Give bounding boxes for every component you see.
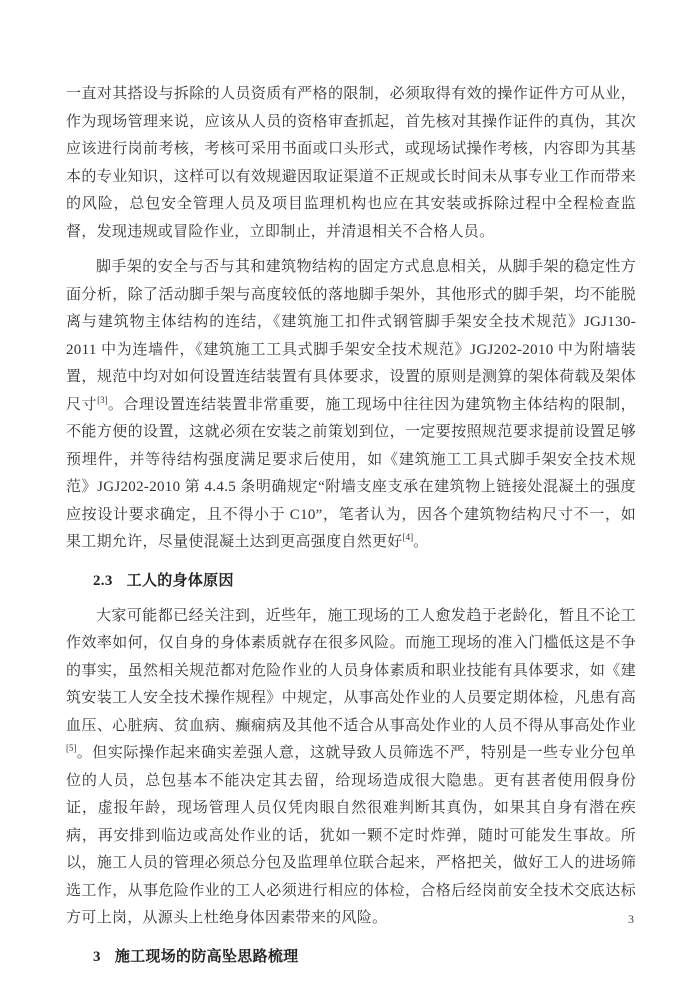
paragraph-scaffold-text-1: 脚手架的安全与否与其和建筑物结构的固定方式息息相关，从脚手架的稳定性方面分析，除… (66, 259, 636, 413)
paragraph-scaffold-text-3: 。 (413, 534, 428, 550)
document-page: 一直对其搭设与拆除的人员资质有严格的限制，必须取得有效的操作证件方可从业，作为现… (0, 0, 700, 990)
section-heading-2-3-number: 2.3 (93, 569, 113, 593)
paragraph-certification-text: 一直对其搭设与拆除的人员资质有严格的限制，必须取得有效的操作证件方可从业，作为现… (66, 86, 636, 240)
section-heading-2-3-title: 工人的身体原因 (127, 573, 234, 589)
section-heading-3: 3施工现场的防高坠思路梳理 (66, 945, 636, 969)
paragraph-worker-text-2: 。但实际操作起来确实差强人意，这就导致人员筛选不严，特别是一些专业分包单位的人员… (66, 745, 636, 926)
footnote-ref-4: [4] (403, 532, 414, 542)
page-body: 一直对其搭设与拆除的人员资质有严格的限制，必须取得有效的操作证件方可从业，作为现… (66, 81, 636, 979)
section-heading-2-3: 2.3工人的身体原因 (66, 569, 636, 593)
section-heading-3-title: 施工现场的防高坠思路梳理 (115, 949, 299, 965)
paragraph-scaffold-connection: 脚手架的安全与否与其和建筑物结构的固定方式息息相关，从脚手架的稳定性方面分析，除… (66, 254, 636, 557)
footnote-ref-5: [5] (66, 743, 77, 753)
page-number: 3 (628, 912, 634, 927)
section-heading-3-number: 3 (93, 945, 101, 969)
paragraph-worker-text-1: 大家可能都已经关注到，近些年，施工现场的工人愈发趋于老龄化，暂且不论工作效率如何… (66, 608, 636, 734)
paragraph-worker-health: 大家可能都已经关注到，近些年，施工现场的工人愈发趋于老龄化，暂且不论工作效率如何… (66, 603, 636, 933)
paragraph-certification: 一直对其搭设与拆除的人员资质有严格的限制，必须取得有效的操作证件方可从业，作为现… (66, 81, 636, 246)
paragraph-scaffold-text-2: 。合理设置连结装置非常重要，施工现场中往往因为建筑物主体结构的限制，不能方便的设… (66, 397, 636, 551)
footnote-ref-3: [3] (97, 395, 108, 405)
